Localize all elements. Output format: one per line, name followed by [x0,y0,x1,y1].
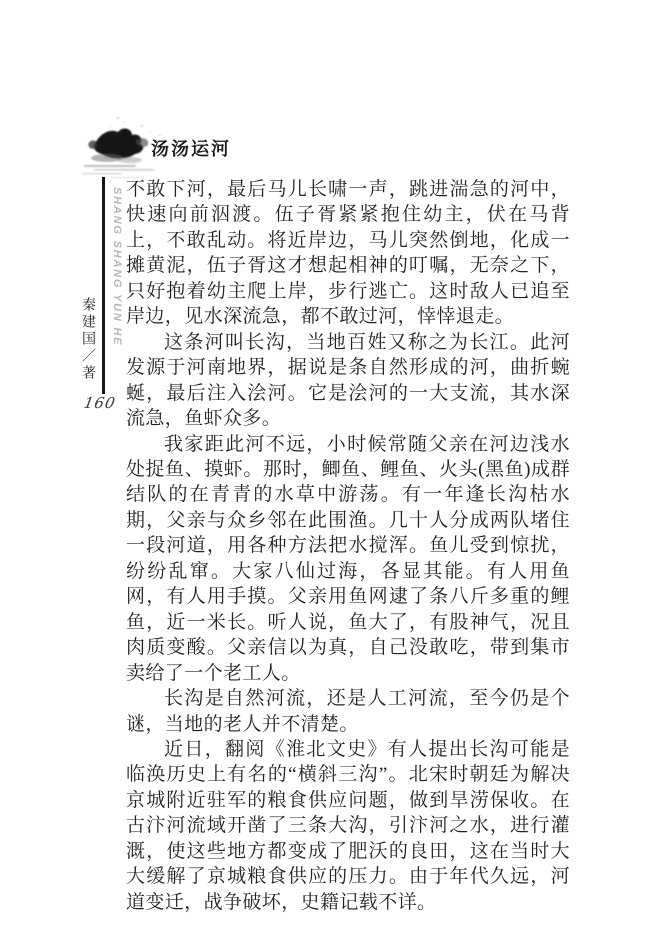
book-page: 汤汤运河 SHANG SHANG YUN HE 秦建国／著 160 不敢下河，最… [0,0,665,929]
paragraph: 近日，翻阅《淮北文史》有人提出长沟可能是临涣历史上有名的“横斜三沟”。北宋时朝廷… [126,737,570,915]
chapter-title: 汤汤运河 [151,135,231,161]
author-name: 秦建国／著 [77,297,97,382]
page-number: 160 [82,394,117,412]
paragraph: 不敢下河，最后马儿长啸一声，跳进湍急的河中，快速向前泅渡。伍子胥紧紧抱住幼主，伏… [126,177,570,330]
spine-divider-line [102,177,105,394]
body-text: 不敢下河，最后马儿长啸一声，跳进湍急的河中，快速向前泅渡。伍子胥紧紧抱住幼主，伏… [126,177,570,915]
paragraph: 我家距此河不远，小时候常随父亲在河边浅水处捉鱼、摸虾。那时，鲫鱼、鲤鱼、火头(黑… [126,432,570,687]
spine-romanized-title: SHANG SHANG YUN HE [111,187,123,346]
paragraph: 长沟是自然河流，还是人工河流，至今仍是个谜，当地的老人并不清楚。 [126,686,570,737]
paragraph: 这条河叫长沟，当地百姓又称之为长江。此河发源于河南地界，据说是条自然形成的河，曲… [126,330,570,432]
